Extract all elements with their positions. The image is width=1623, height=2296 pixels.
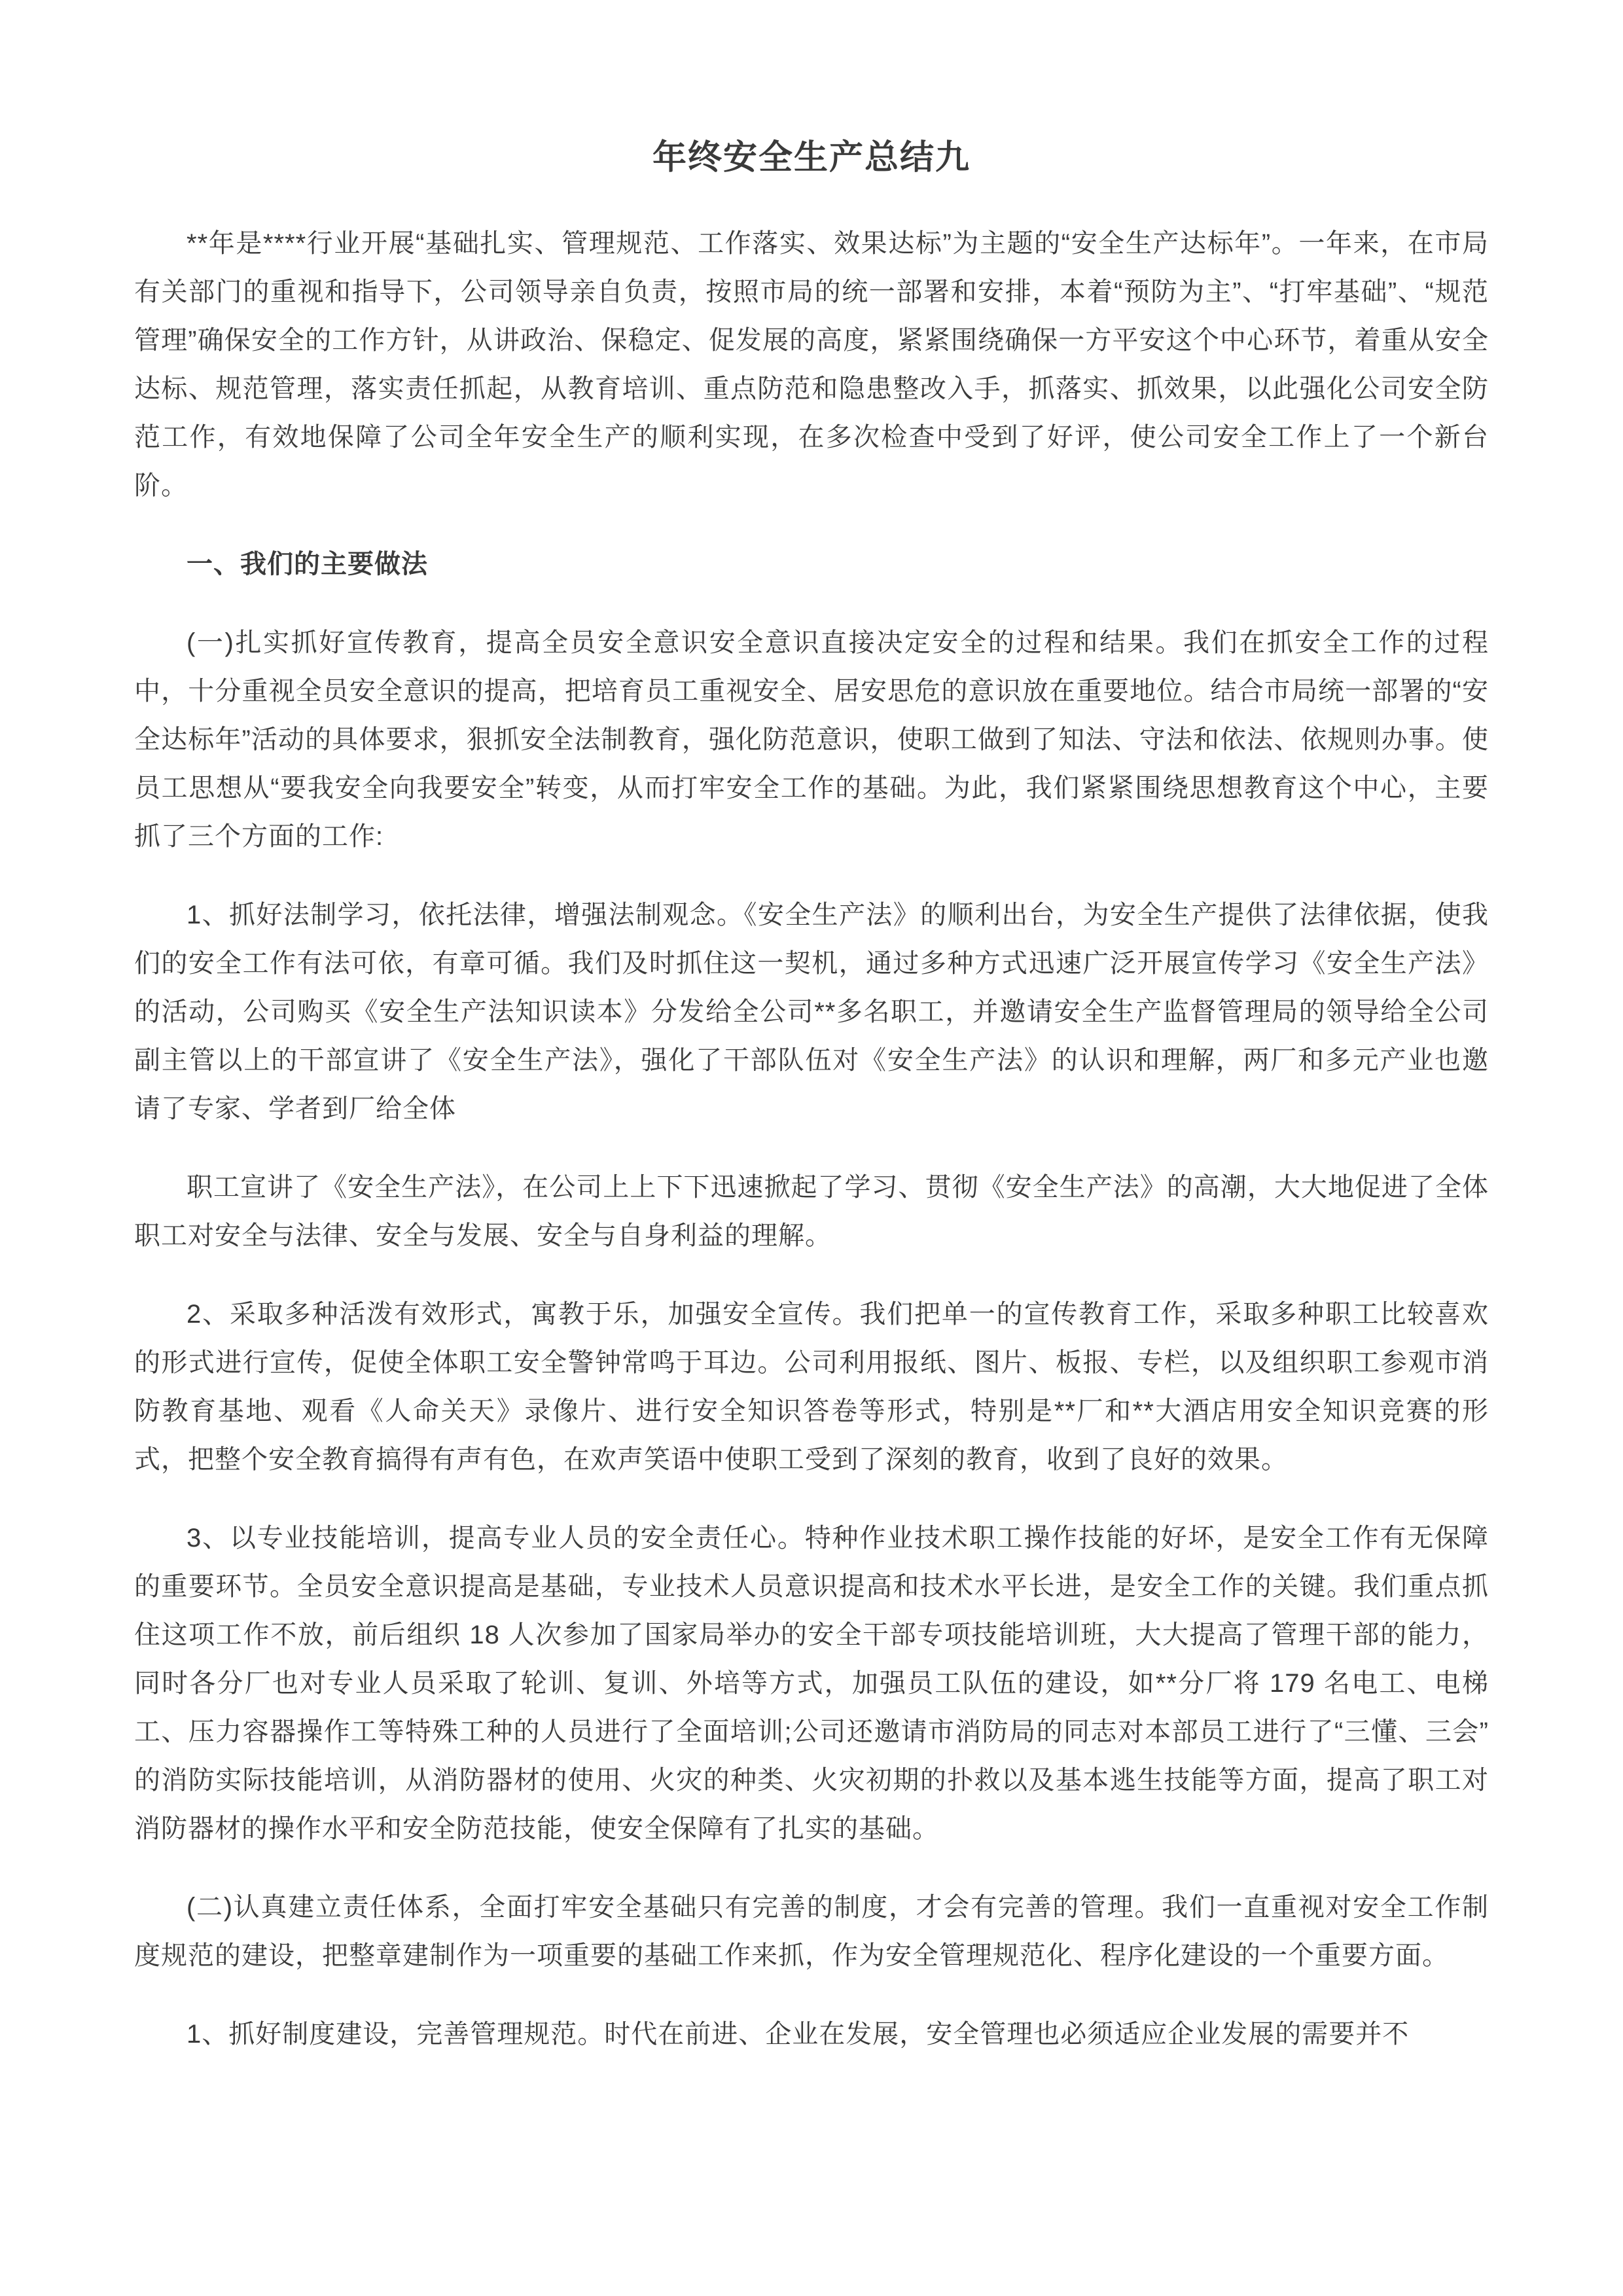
paragraph-publicity-education: (一)扎实抓好宣传教育，提高全员安全意识安全意识直接决定安全的过程和结果。我们在… — [134, 619, 1489, 861]
paragraph-legal-study: 1、抓好法制学习，依托法律，增强法制观念。《安全生产法》的顺利出台，为安全生产提… — [134, 891, 1489, 1133]
document-page: 年终安全生产总结九 **年是****行业开展“基础扎实、管理规范、工作落实、效果… — [0, 0, 1623, 2296]
document-body: **年是****行业开展“基础扎实、管理规范、工作落实、效果达标”为主题的“安全… — [134, 219, 1489, 2058]
paragraph-staff-lectures: 职工宣讲了《安全生产法》，在公司上上下下迅速掀起了学习、贯彻《安全生产法》的高潮… — [134, 1163, 1489, 1260]
document-title: 年终安全生产总结九 — [134, 134, 1489, 181]
paragraph-intro: **年是****行业开展“基础扎实、管理规范、工作落实、效果达标”为主题的“安全… — [134, 219, 1489, 510]
section-heading-main-practices: 一、我们的主要做法 — [134, 540, 1489, 588]
paragraph-lively-forms: 2、采取多种活泼有效形式，寓教于乐，加强安全宣传。我们把单一的宣传教育工作，采取… — [134, 1290, 1489, 1484]
paragraph-skills-training: 3、以专业技能培训，提高专业人员的安全责任心。特种作业技术职工操作技能的好坏，是… — [134, 1514, 1489, 1853]
paragraph-responsibility-system: (二)认真建立责任体系，全面打牢安全基础只有完善的制度，才会有完善的管理。我们一… — [134, 1883, 1489, 1980]
paragraph-system-building: 1、抓好制度建设，完善管理规范。时代在前进、企业在发展，安全管理也必须适应企业发… — [134, 2010, 1489, 2058]
